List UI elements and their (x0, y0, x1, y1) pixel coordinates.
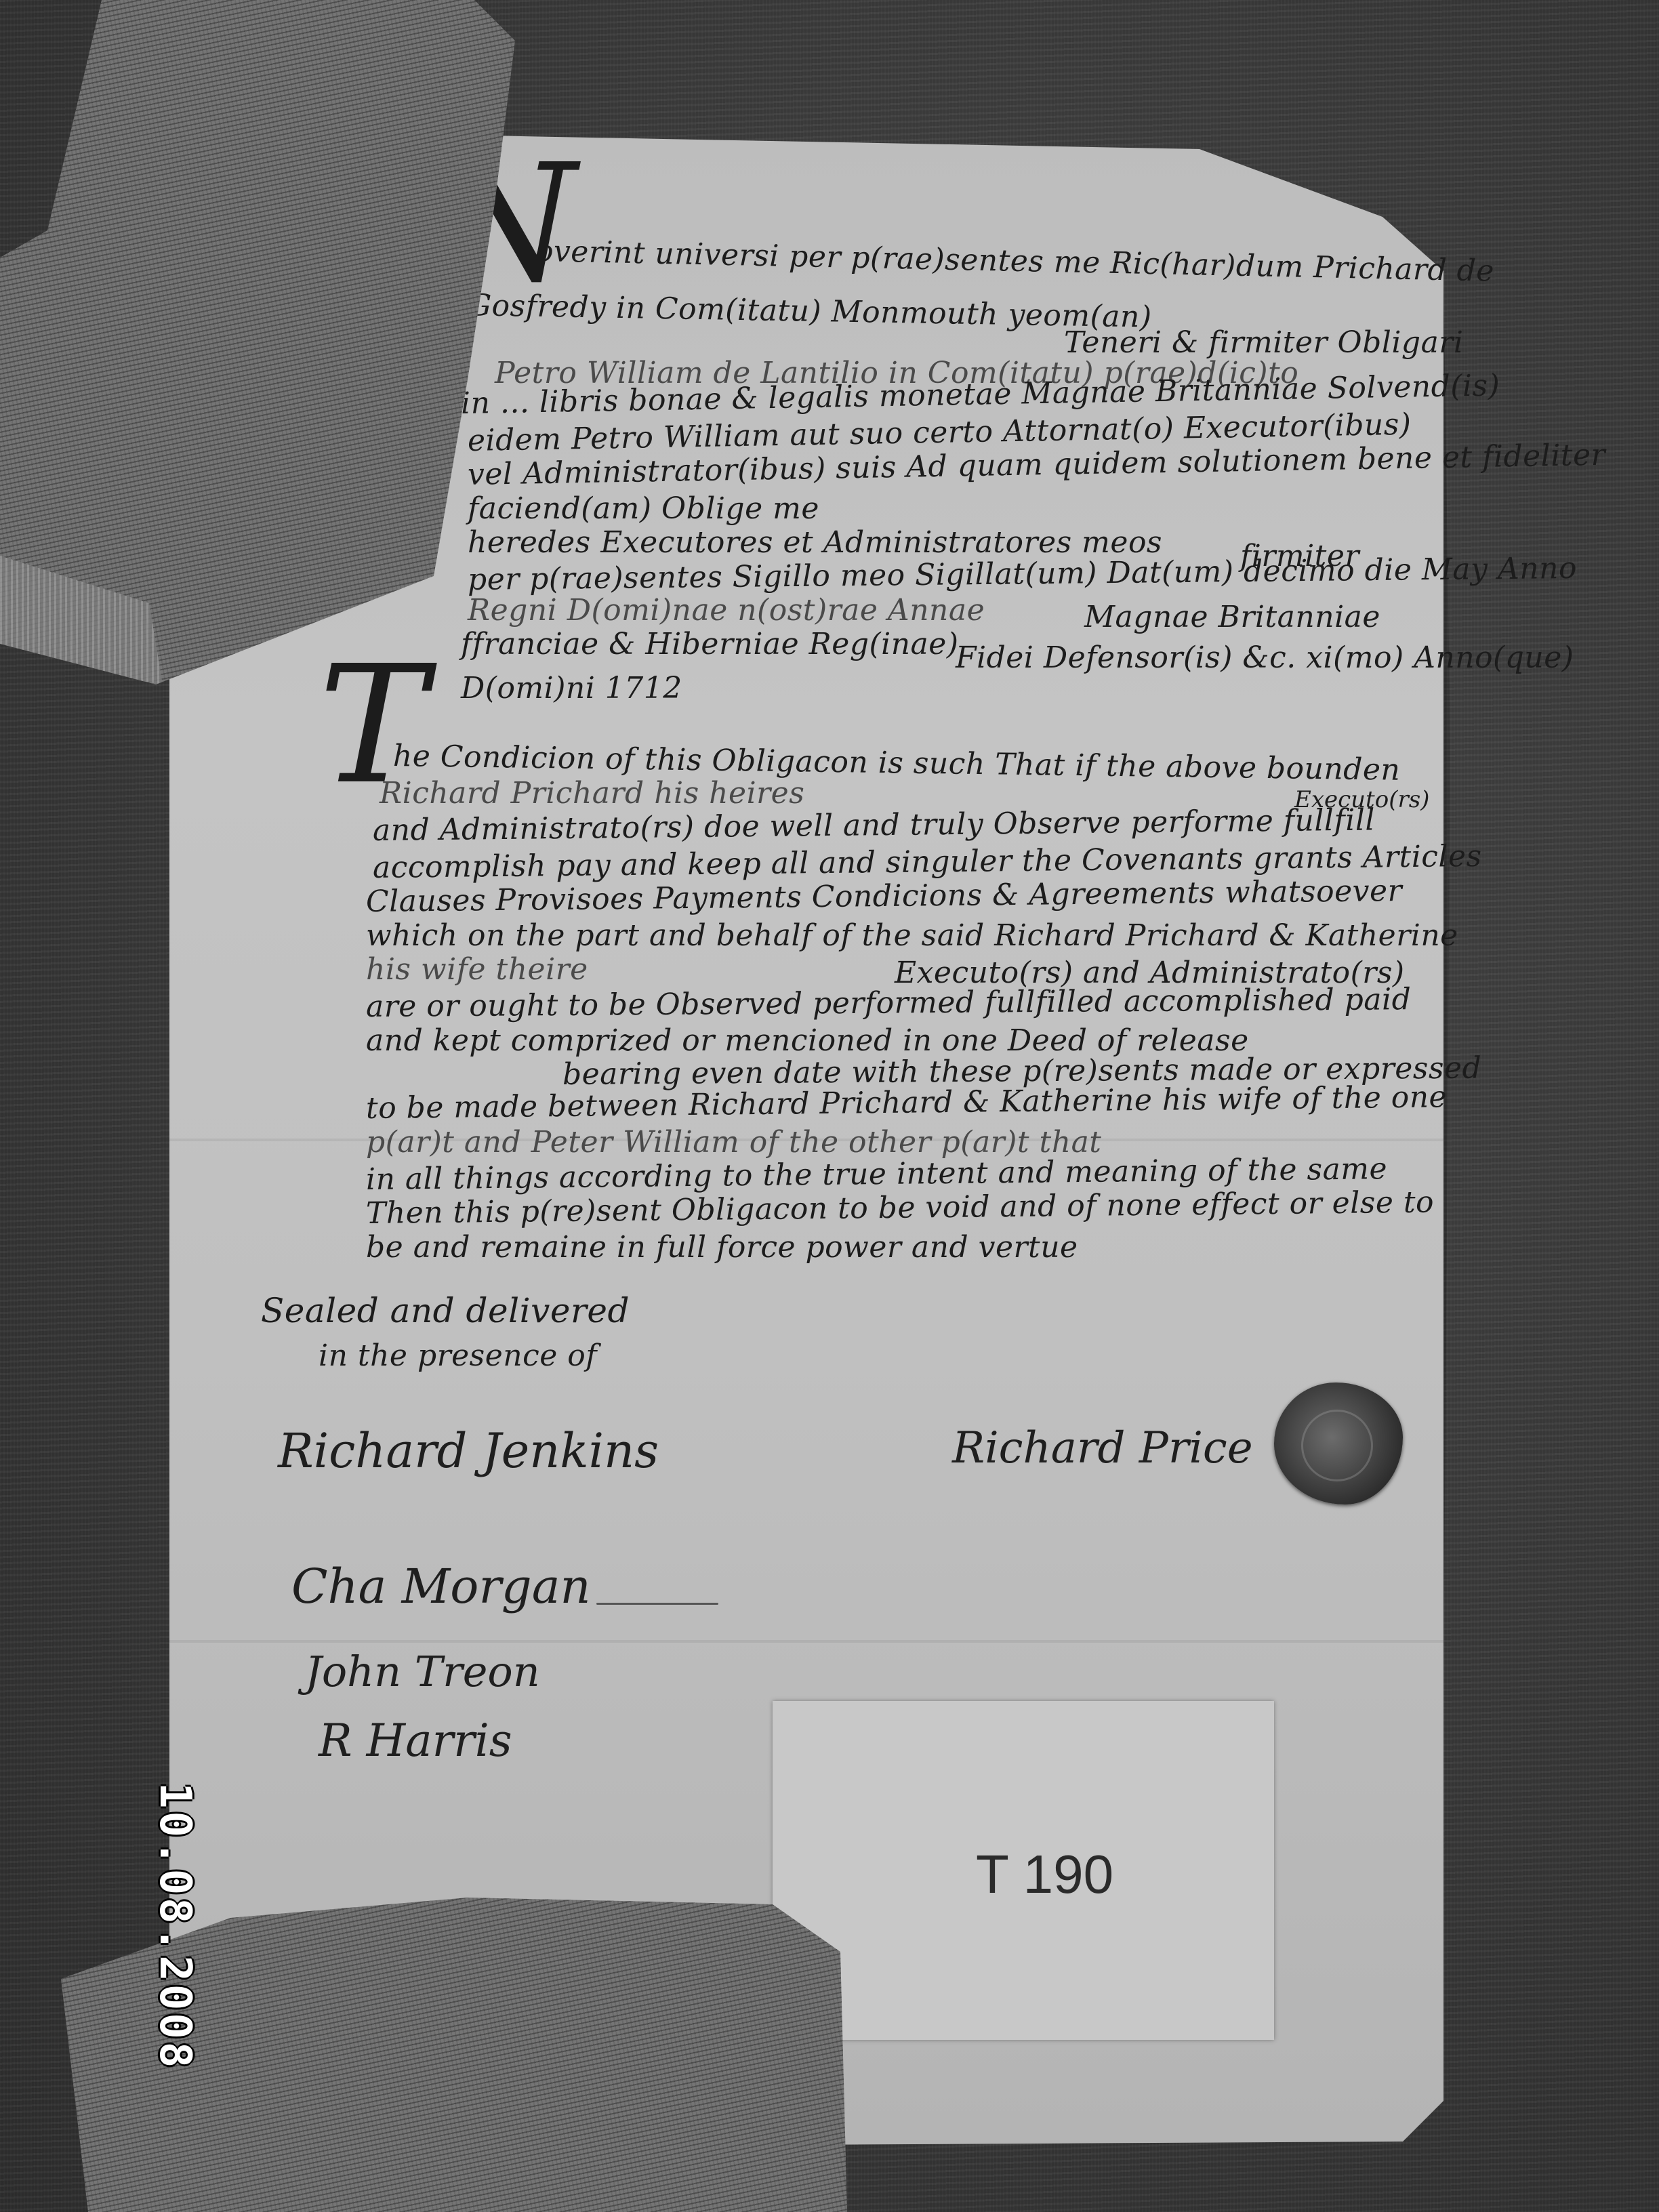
condition-line: which on the part and behalf of the said… (366, 918, 1458, 953)
archive-reference-slip: T 190 (773, 1701, 1274, 2040)
latin-line: heredes Executores et Administratores me… (468, 525, 1162, 560)
witness-signature: R Harris (319, 1715, 512, 1767)
condition-line-inserted: Richard Prichard his heires (380, 776, 804, 811)
sealed-delivered-label: Sealed and delivered (261, 1291, 630, 1330)
signature-flourish (596, 1603, 718, 1605)
latin-line: Magnae Britanniae (1084, 600, 1380, 634)
latin-line: ffranciae & Hiberniae Reg(inae) (461, 627, 959, 661)
camera-date-stamp: 10.08.2008 (150, 1782, 200, 2070)
archive-reference-number: T 190 (976, 1843, 1113, 1906)
latin-line-date: D(omi)ni 1712 (461, 671, 682, 705)
latin-line: Fidei Defensor(is) &c. xi(mo) Anno(que) (956, 640, 1574, 675)
witness-signature: John Treon (305, 1647, 540, 1696)
latin-line: Teneri & firmiter Obligari (1064, 325, 1463, 360)
witness-signature: Cha Morgan (291, 1559, 591, 1614)
condition-line: be and remaine in full force power and v… (366, 1230, 1078, 1265)
paper-fold-line (169, 1640, 1443, 1643)
condition-line-inserted: his wife theire (366, 952, 588, 987)
principal-signature: Richard Price (952, 1423, 1253, 1473)
presence-of-label: in the presence of (319, 1338, 597, 1373)
condition-line-inserted: p(ar)t and Peter William of the other p(… (366, 1125, 1101, 1160)
latin-line: Regni D(omi)nae n(ost)rae Annae (468, 593, 985, 628)
witness-signature: Richard Jenkins (278, 1423, 659, 1479)
latin-line: faciend(am) Oblige me (468, 491, 819, 526)
condition-line: are or ought to be Observed performed fu… (366, 982, 1412, 1024)
